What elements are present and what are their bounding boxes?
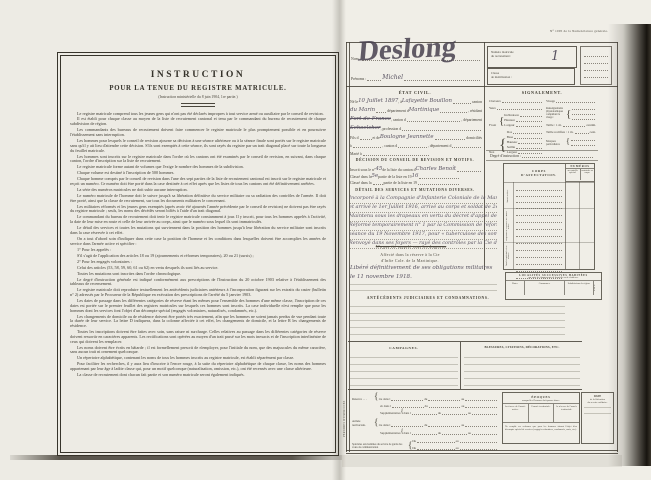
- dotted-leader: [373, 180, 383, 185]
- dotted-leader: [516, 216, 562, 223]
- renseignements-label: Renseignements physionomiques complétant…: [546, 108, 566, 120]
- ruled-line: [464, 385, 580, 386]
- instruction-paragraph: 2° Pour les engagés volontaires :: [70, 260, 326, 265]
- dotted-leader: [556, 98, 595, 103]
- dotted-leader: [516, 258, 562, 265]
- print-label: , canton d: [382, 144, 397, 148]
- handwritten-value-struck: Schoelcher: [350, 125, 381, 131]
- signalement-row: Taille rectifiée : 1 m. cent.: [546, 129, 596, 134]
- dotted-leader: [419, 174, 459, 179]
- du-label: du: [424, 397, 427, 401]
- dotted-leader: [404, 76, 480, 81]
- dotted-leader: [442, 430, 467, 435]
- instruction-note: (Instruction ministérielle du 8 juin 190…: [61, 95, 335, 99]
- signalement-row: Renseignements physionomiques complétant…: [546, 105, 596, 120]
- instruction-paragraph: Pour faciliter les recherches, il y aura…: [70, 362, 326, 372]
- instruction-paragraph: La classe de recrutement dont chacun fai…: [70, 373, 326, 378]
- ruled-line: [350, 371, 458, 372]
- handwritten-value-struck: Fort-de-France: [350, 116, 391, 122]
- print-label: de la liste du canton d: [382, 168, 415, 172]
- periodes-block: Réserve . . . { 1re dans l du au 2e dans…: [352, 392, 498, 450]
- ruled-line: [350, 378, 458, 379]
- ruled-line: [350, 364, 458, 365]
- classe-box: Classe de mobilisation :: [487, 68, 575, 85]
- periode-line-label: dans l: [404, 431, 411, 435]
- dotted-leader: [429, 403, 461, 408]
- au-label: au: [468, 431, 471, 435]
- ruled-line: [464, 364, 580, 365]
- dotted-leader: [402, 126, 481, 131]
- instruction-paragraph: Les commandants des bureaux de recruteme…: [70, 128, 326, 138]
- du-label: du: [425, 404, 428, 408]
- ruled-line: [349, 334, 565, 335]
- instruction-paragraph: Le registre matricule doit reproduire te…: [70, 288, 326, 298]
- dotted-leader: [516, 237, 562, 244]
- ruled-line: [350, 385, 458, 386]
- localites-col-1: Dates.: [506, 281, 525, 295]
- au-label: au: [461, 423, 464, 427]
- dotted-leader: [418, 180, 459, 185]
- instruction-paragraph: Chaque homme compris par le conseil de r…: [70, 177, 326, 187]
- periode-line-label: dans l: [404, 411, 411, 415]
- dotted-leader: [428, 422, 460, 427]
- ruled-line: [464, 378, 580, 379]
- instruction-title: INSTRUCTION: [61, 70, 335, 80]
- periode-row: Spéciales aux hommes du service de garde…: [352, 438, 498, 450]
- epoques-table: ÉPOQUES auxquelles l'homme doit passer d…: [502, 392, 580, 444]
- blessures-header: BLESSURES, CITATIONS, DÉCORATIONS, ETC.: [462, 345, 582, 349]
- dotted-leader: [407, 117, 461, 122]
- form-bottom-rule-2: [346, 453, 618, 454]
- service-line: Incorporé à la Compagnie d'Infanterie Co…: [349, 195, 497, 204]
- matricule-value: 1: [537, 47, 559, 67]
- localites-subtitle: par suite de changements de domicile ou …: [506, 277, 601, 279]
- corps-group-2: Disponibilité et réserve de l'armée acti…: [506, 210, 510, 242]
- dotted-leader: [584, 64, 608, 71]
- dotted-leader: [442, 410, 467, 415]
- signalement-title: SIGNALEMENT.: [488, 90, 596, 95]
- signalement-left: Cheveux Yeux Front { Inclinaison Hauteur…: [489, 98, 543, 154]
- left-page: INSTRUCTION POUR LA TENUE DU REGISTRE MA…: [0, 0, 342, 480]
- instruction-paragraph: Les militaires réformés et les jeunes ge…: [70, 205, 326, 215]
- epoques-subtitle: auxquelles l'homme doit passer dans :: [503, 399, 579, 402]
- periode-row: Supplémentaires { dans l du au: [352, 429, 498, 435]
- dotted-leader: [440, 108, 467, 113]
- print-label: Inscrit sous le n°: [350, 168, 375, 172]
- print-label: domiciliés: [466, 136, 482, 140]
- print-label: , canton d: [391, 118, 406, 122]
- ruled-line: [349, 327, 565, 328]
- print-label: , département d: [428, 144, 452, 148]
- dotted-leader: [460, 438, 497, 443]
- periode-line-label: 2e dans l: [380, 404, 391, 408]
- dotted-leader: [465, 422, 497, 427]
- instruction-box: INSTRUCTION POUR LA TENUE DU REGISTRE MA…: [57, 52, 339, 456]
- classe-label-2: de mobilisation :: [491, 75, 574, 79]
- periode-row: Du au: [412, 445, 498, 450]
- localites-table: LOCALITÉS SUCCESSIVES HABITÉES par suite…: [505, 272, 602, 300]
- dotted-leader: [571, 141, 595, 146]
- dotted-leader: [417, 445, 454, 450]
- taille-unit: centim.: [586, 123, 596, 127]
- au-label: au: [461, 397, 464, 401]
- handwritten-value: Lafayette Bouillon: [402, 98, 452, 104]
- periode-row: Supplémentaires { dans l du au: [352, 409, 498, 415]
- decision-line-2: Classé dans la 5e partie de la liste en …: [350, 173, 460, 179]
- numeros-sub-2: matricule au corps.: [581, 169, 595, 180]
- du-label: Du: [412, 439, 416, 443]
- instruction-paragraph: 1° Pour les appelés :: [70, 248, 326, 253]
- service-line: et arrivé le 1er Juillet 1916, arrivé au…: [349, 204, 497, 213]
- dotted-leader: [376, 108, 386, 113]
- marques-label: Marques particulières: [546, 140, 566, 146]
- corps-table: CORPS D'AFFECTATION. NUMÉROS au contrôle…: [503, 163, 595, 270]
- decision-line-1: Inscrit sous le n° 45 de la liste du can…: [350, 166, 482, 172]
- du-label: Du: [412, 446, 416, 450]
- matricule-box: Numéro matricule du recrutement : 1: [487, 46, 577, 68]
- dotted-leader: [460, 445, 497, 450]
- au-label: au: [456, 439, 459, 443]
- instruction-subtitle: POUR LA TENUE DU REGISTRE MATRICULE.: [61, 85, 335, 92]
- dotted-leader: [584, 57, 608, 64]
- etat-civil-title: ÉTAT CIVIL.: [348, 90, 482, 95]
- corps-rows: [515, 185, 563, 279]
- instruction-paragraph: Toutes les inscriptions doivent être fai…: [70, 330, 326, 344]
- dotted-leader: [363, 151, 429, 156]
- form-bottom-rule: [346, 450, 618, 451]
- reserve-label: Réserve . . .: [352, 397, 374, 401]
- dotted-leader: [472, 410, 497, 415]
- dotted-leader: [360, 135, 372, 140]
- periode-line-label: 1re dans l: [378, 423, 390, 427]
- periode-row: Du au: [412, 438, 498, 443]
- dotted-leader: [472, 430, 497, 435]
- print-label: Classé dans la: [350, 181, 372, 185]
- instruction-paragraph: Les changements de domicile ou de réside…: [70, 315, 326, 329]
- front-item: Hauteur: [504, 118, 515, 122]
- instruction-paragraph: S'il s'agit de l'application des article…: [70, 254, 326, 259]
- prenoms-label: Prénoms :: [351, 77, 366, 81]
- etat-civil-line-1: Né le 10 Juillet 1897 , à Lafayette Boui…: [350, 98, 482, 104]
- ruled-line: [349, 290, 497, 291]
- campagnes-divider: [460, 342, 461, 389]
- ruled-line: [464, 357, 580, 358]
- instruction-paragraph: Les dates de passage dans les différente…: [70, 299, 326, 313]
- epoques-col-3: la réserve de l'armée territoriale.: [554, 404, 579, 422]
- page-bottom-edge: [10, 455, 342, 460]
- handwritten-value: Charles Benoît: [416, 166, 457, 172]
- dotted-leader: [502, 98, 542, 103]
- au-label: au: [468, 411, 471, 415]
- dotted-leader: [457, 167, 481, 172]
- struck-stamp-text: N'a pas été rappelé sous les drapeaux: [356, 244, 466, 249]
- ruled-line: [350, 357, 458, 358]
- dotted-leader: [584, 50, 608, 57]
- dotted-leader: [417, 438, 454, 443]
- localites-col-2: Communes.: [525, 281, 565, 295]
- decision-line-3: Classé dans la partie de la liste en 19: [350, 180, 460, 185]
- corps-vline-2: [579, 182, 580, 269]
- periode-line-label: Supplémentaires: [380, 431, 401, 435]
- etat-civil-line-5: Fils d et de Boulogne Jeannette domicili…: [350, 134, 482, 140]
- instruction-paragraph: Les hommes sont inscrits sur le registre…: [70, 155, 326, 165]
- service-line: Réformé temporairement n° 1 par la Commi…: [349, 222, 497, 231]
- instruction-text: Le registre matricule comprend tous les …: [61, 112, 335, 378]
- taille-label: Taille : 1 m.: [546, 123, 562, 127]
- print-label: à: [350, 144, 352, 148]
- ruled-line: [349, 313, 565, 314]
- signalement-row: Marques particulières {: [546, 136, 596, 146]
- print-label: canton: [472, 100, 482, 104]
- header-bottom-rule: [346, 86, 618, 87]
- epoques-note: Ne remplir ces colonnes que pour les hom…: [503, 422, 579, 432]
- dotted-leader: [516, 251, 562, 258]
- dotted-leader: [563, 122, 585, 127]
- dotted-leader: [391, 396, 423, 401]
- handwritten-value: 5e: [372, 173, 379, 179]
- prenoms-value: Michel: [382, 74, 403, 81]
- instruction-paragraph: Le degré d'instruction générale est indi…: [70, 278, 326, 288]
- instruction-paragraph: Il est établi pour chaque classe au moye…: [70, 117, 326, 127]
- numeros-header: NUMÉROS au contrôle spécial. matricule a…: [565, 164, 594, 182]
- nez-item: Dos: [507, 130, 512, 134]
- periode-row: 2e dans l du au: [352, 403, 498, 408]
- signalement-right: Visage Renseignements physionomiques com…: [546, 98, 596, 146]
- print-label: partie de la liste en 19: [378, 175, 411, 179]
- dotted-leader: [497, 105, 542, 110]
- page-binding-shadow: [332, 0, 346, 480]
- dotted-leader: [516, 122, 542, 127]
- periode-row: Réserve . . . { 1re dans l du au: [352, 392, 498, 401]
- taille-rectifiee-label: Taille rectifiée : 1 m.: [546, 130, 574, 134]
- ruled-line: [349, 320, 565, 321]
- campagnes-header: CAMPAGNES.: [348, 346, 460, 350]
- signalement-row: Cheveux: [489, 98, 543, 103]
- print-label: et de: [373, 136, 380, 140]
- brace-glyph: {: [499, 138, 507, 154]
- dotted-leader: [452, 143, 481, 148]
- localites-col-3: Subdivisions de région.: [565, 281, 594, 295]
- release-line-1: Libéré définitivement de ses obligations…: [350, 265, 492, 271]
- front-label: Front: [489, 123, 499, 127]
- print-label: Né le: [350, 100, 358, 104]
- dotted-leader: [572, 115, 595, 120]
- au-label: au: [461, 404, 464, 408]
- ruled-line: [464, 371, 580, 372]
- dotted-leader: [435, 135, 466, 140]
- dotted-leader: [575, 129, 589, 134]
- dotted-leader: [412, 410, 437, 415]
- dotted-leader: [391, 422, 423, 427]
- numeros-sub-1: au contrôle spécial.: [566, 169, 581, 180]
- corps-label-vline: [513, 182, 514, 269]
- corps-title: CORPS D'AFFECTATION.: [514, 169, 564, 177]
- print-label: Marié à: [350, 152, 362, 156]
- etat-civil-line-4: Schoelcher , profession d: [350, 125, 482, 131]
- corps-group-1: Armée active.: [506, 184, 509, 208]
- service-line: Maintenu sous les drapeaux en vertu du d…: [349, 213, 497, 222]
- instruction-paragraph: Toutes les mutations sont inscrites dans…: [70, 272, 326, 277]
- instruction-paragraph: Le détail des services et toutes les mut…: [70, 226, 326, 236]
- nez-item: Base: [507, 135, 513, 139]
- antecedents-title: ANTÉCÉDENTS JUDICIAIRES ET CONDAMNATIONS…: [348, 296, 508, 300]
- right-page: N° 1005 de la Nomenclature générale. Nom…: [342, 0, 651, 480]
- dotted-leader: [453, 99, 471, 104]
- dotted-leader: [412, 430, 437, 435]
- print-label: Fils d: [350, 136, 359, 140]
- instruction-paragraph: Les hommes pour lesquels le conseil de r…: [70, 139, 326, 153]
- stamp-line-2: d'Infie Cole. de la Martinique.: [360, 258, 460, 263]
- etat-civil-line-6: à , canton d , département d: [350, 143, 482, 148]
- service-line: séance du 19 Novembre 1917, pour « tuber…: [349, 231, 497, 240]
- services-title: DÉTAIL DES SERVICES ET MUTATIONS DIVERSE…: [348, 188, 482, 192]
- taille-rectifiee-unit: cent.: [590, 130, 596, 134]
- dotted-leader: [392, 403, 424, 408]
- nez-item: Saillie: [507, 145, 515, 149]
- dotted-leader: [428, 396, 460, 401]
- ruled-line: [584, 413, 611, 414]
- dotted-leader: [465, 396, 497, 401]
- periode-line-label: 1re dans l: [378, 397, 390, 401]
- print-label: département d: [387, 109, 409, 113]
- territoriale-label: Armée territoriale.: [352, 419, 374, 427]
- ruled-line: [584, 407, 611, 408]
- epoques-col-2: l'armée territoriale.: [529, 404, 555, 422]
- print-label: partie de la liste en 19: [384, 181, 417, 185]
- corps-group-3: Armée territoriale et sa réserve.: [506, 244, 510, 268]
- instruction-paragraph: On a tout d'abord soin d'indiquer dans c…: [70, 237, 326, 247]
- print-label: , département: [461, 118, 482, 122]
- handwritten-value: Martinique: [409, 107, 440, 113]
- visage-label: Visage: [546, 99, 555, 103]
- release-line-2: le 11 novembre 1918.: [350, 274, 412, 280]
- etat-civil-line-2: du Marin département d Martinique , rési…: [350, 107, 482, 113]
- handwritten-value: Boulogne Jeannette: [380, 134, 434, 140]
- handwritten-value: du Marin: [350, 107, 375, 113]
- du-label: du: [438, 431, 441, 435]
- matricule-label-2: du recrutement :: [491, 54, 535, 58]
- ruled-line: [349, 284, 497, 285]
- periode-row: Armée territoriale. { 1re dans l du au: [352, 418, 498, 427]
- dotted-leader: [584, 71, 608, 78]
- instruction-degree-label: Degré d'instruction :: [490, 154, 521, 158]
- etat-civil-line-7: Marié à: [350, 151, 430, 156]
- au-label: au: [456, 446, 459, 450]
- handwritten-value: 10 Juillet 1897: [358, 98, 398, 104]
- dotted-leader: [465, 403, 497, 408]
- book-edge-shadow: [608, 24, 651, 466]
- periode-line-label: Supplémentaires: [380, 411, 401, 415]
- du-label: du: [424, 423, 427, 427]
- print-label: , profession d: [381, 127, 402, 131]
- signalement-bottom-rule: [486, 150, 598, 151]
- signalement-row: Visage: [546, 98, 596, 103]
- signalement-row: Taille : 1 m. centim.: [546, 122, 596, 127]
- instruction-paragraph: Celui des articles (53, 58, 59, 60, 61 o…: [70, 266, 326, 271]
- nomenclature-note: N° 1005 de la Nomenclature générale.: [550, 29, 608, 33]
- page-bottom-haze: [342, 455, 622, 467]
- dotted-leader: [353, 143, 382, 148]
- dotted-leader: [516, 230, 562, 237]
- dotted-leader: [516, 209, 562, 216]
- dotted-leader: [398, 143, 427, 148]
- print-label: , résidant: [468, 109, 482, 113]
- instruction-degree-row: Degré d'instruction :: [490, 153, 594, 158]
- cheveux-label: Cheveux: [489, 99, 501, 103]
- prenoms-row: Prénoms : Michel: [351, 74, 481, 81]
- instruction-paragraph: Les noms doivent être écrits en bâtarde …: [70, 346, 326, 356]
- du-label: du: [438, 411, 441, 415]
- dotted-leader: [367, 76, 381, 81]
- handwritten-value: 16: [412, 173, 419, 179]
- scanned-register-page: INSTRUCTION POUR LA TENUE DU REGISTRE MA…: [0, 0, 651, 480]
- handwritten-value: 45: [375, 166, 382, 172]
- stamp-line-1: Affecté dans la réserve à la Cie: [360, 252, 460, 257]
- dotted-leader: [522, 153, 593, 158]
- front-item: Largeur: [504, 123, 514, 127]
- instruction-paragraph: La série des numéros matricules ne doit …: [70, 188, 326, 193]
- instruction-paragraph: Le numéro matricule de l'homme doit le s…: [70, 194, 326, 204]
- etat-civil-line-3: Fort-de-France , canton d , département: [350, 116, 482, 122]
- nom-value-handwriting: Deslong: [357, 30, 458, 68]
- signalement-row: Front { Inclinaison Hauteur Largeur: [489, 112, 543, 127]
- instruction-paragraph: Le commandant du bureau de recrutement d…: [70, 215, 326, 225]
- epoques-col-1: la réserve de l'armée active.: [503, 404, 529, 422]
- services-block: Incorporé à la Compagnie d'Infanterie Co…: [349, 195, 497, 249]
- corps-vline: [565, 182, 566, 269]
- signalement-row: Yeux: [489, 105, 543, 110]
- corps-hline: [504, 182, 594, 183]
- ruled-line: [349, 306, 565, 307]
- decision-title: DÉCISION DU CONSEIL DE REVISION ET MOTIF…: [348, 158, 482, 162]
- dotted-leader: [516, 244, 562, 251]
- dotted-leader: [516, 265, 562, 272]
- degree-bottom-rule: [486, 160, 598, 161]
- print-label: Classé dans la: [350, 175, 372, 179]
- yeux-label: Yeux: [489, 106, 496, 110]
- dotted-leader: [516, 223, 562, 230]
- form-left-rule: [346, 42, 347, 452]
- campagnes-table: CAMPAGNES. BLESSURES, CITATIONS, DÉCORAT…: [348, 341, 582, 390]
- signalement-subrow: Largeur: [504, 122, 543, 127]
- localites-side-col: R ou D: [594, 281, 601, 295]
- ornament-rule: [181, 103, 215, 107]
